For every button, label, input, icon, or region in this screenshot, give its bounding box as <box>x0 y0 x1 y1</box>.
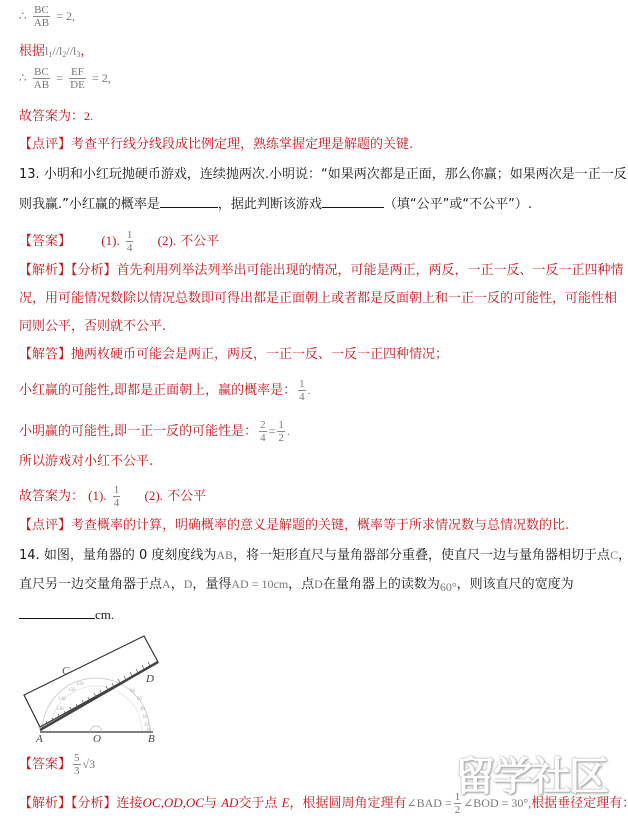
prev-solution-line3: ∴ BCAB = EFDE = 2, <box>19 66 111 91</box>
label-a: A <box>35 733 43 742</box>
prev-solution-line1: ∴ BCAB = 2, <box>19 4 75 29</box>
svg-text:150: 150 <box>68 688 76 693</box>
q13-solution-line2: 小红赢的可能性,即都是正面朝上，赢的概率是：14. <box>19 378 311 403</box>
answer-blank-width[interactable] <box>19 606 95 619</box>
review-tag: 【点评】 <box>19 518 71 533</box>
q13-review: 【点评】考查概率的计算，明确概率的意义是解题的关键，概率等于所求情况数与总情况数… <box>19 518 569 534</box>
svg-text:40: 40 <box>140 707 146 712</box>
q13-solution-line3: 小明赢的可能性,即一正一反的可能性是：24=12. <box>19 419 290 444</box>
svg-text:50: 50 <box>137 697 143 702</box>
solution-tag: 【解答】 <box>19 347 71 362</box>
review-tag: 【点评】 <box>19 137 71 152</box>
prev-solution-line2: 根据l1//l2//l3， <box>19 43 93 63</box>
svg-text:60: 60 <box>130 689 136 694</box>
q13-final-answer: 故答案为： (1). 14 (2). 不公平 <box>19 484 206 509</box>
label-c: C <box>62 665 70 677</box>
answer-blank-1[interactable] <box>160 195 218 208</box>
q14-stem-line3: cm. <box>19 606 114 624</box>
q13-analysis-line1: 【解析】【分析】首先利用列举法列举出可能出现的情况，可能是两正，两反，一正一反、… <box>19 263 624 279</box>
q13-answer: 【答案】 (1). 14 (2). 不公平 <box>19 229 219 254</box>
q13-solution-line4: 所以游戏对小红不公平. <box>19 454 153 470</box>
svg-text:140: 140 <box>58 697 66 702</box>
question-number: 13. <box>19 167 40 182</box>
q13-analysis-line3: 同则公平，否则就不公平. <box>19 319 166 335</box>
svg-text:30: 30 <box>142 715 148 720</box>
analysis-tag: 【解析】【分析】 <box>19 263 117 278</box>
svg-text:130: 130 <box>56 707 64 712</box>
q13-solution-line1: 【解答】抛两枚硬币可能会是两正，两反，一正一反、一反一正四种情况； <box>19 347 448 363</box>
answer-tag: 【答案】 <box>19 234 71 249</box>
svg-text:120: 120 <box>76 682 84 687</box>
watermark-logo: 留学社区 <box>455 745 620 795</box>
q14-stem-line2: 直尺另一边交量角器于点A，D，量得AD = 10cm，点D在量角器上的读数为60… <box>19 576 574 595</box>
prev-answer: 故答案为：2. <box>19 108 93 125</box>
q13-stem-line1: 13. 小明和小红玩抛硬币游戏，连续抛两次.小明说：“如果两次都是正面，那么你赢… <box>19 167 628 183</box>
answer-blank-2[interactable] <box>322 195 384 208</box>
q13-analysis-line2: 况，用可能情况数除以情况总数即可得出都是正面朝上或者都是反面朝上和一正一反的可能… <box>19 291 617 307</box>
question-number: 14. <box>19 548 40 563</box>
fraction-bc-ab: BCAB <box>33 4 50 29</box>
therefore-symbol: ∴ <box>19 9 27 23</box>
analysis-tag: 【解析】【分析】 <box>19 796 117 811</box>
q13-stem-line2: 则我赢.”小红赢的概率是，据此判断该游戏（填“公平”或“不公平”）. <box>19 195 532 213</box>
label-d: D <box>145 673 154 685</box>
protractor-ruler-figure: 130140 150120 6050 4030 2010 C D A O B <box>20 630 160 742</box>
prev-review: 【点评】考查平行线分线段成比例定理，熟练掌握定理是解题的关键. <box>19 137 413 153</box>
q14-answer: 【答案】53√3 <box>19 752 95 777</box>
q14-stem-line1: 14. 如图，量角器的 0 度刻度线为AB，将一矩形直尺与量角器部分重叠，使直尺… <box>19 547 628 564</box>
label-b: B <box>148 733 155 742</box>
label-o: O <box>93 733 101 742</box>
answer-tag: 【答案】 <box>19 757 71 772</box>
